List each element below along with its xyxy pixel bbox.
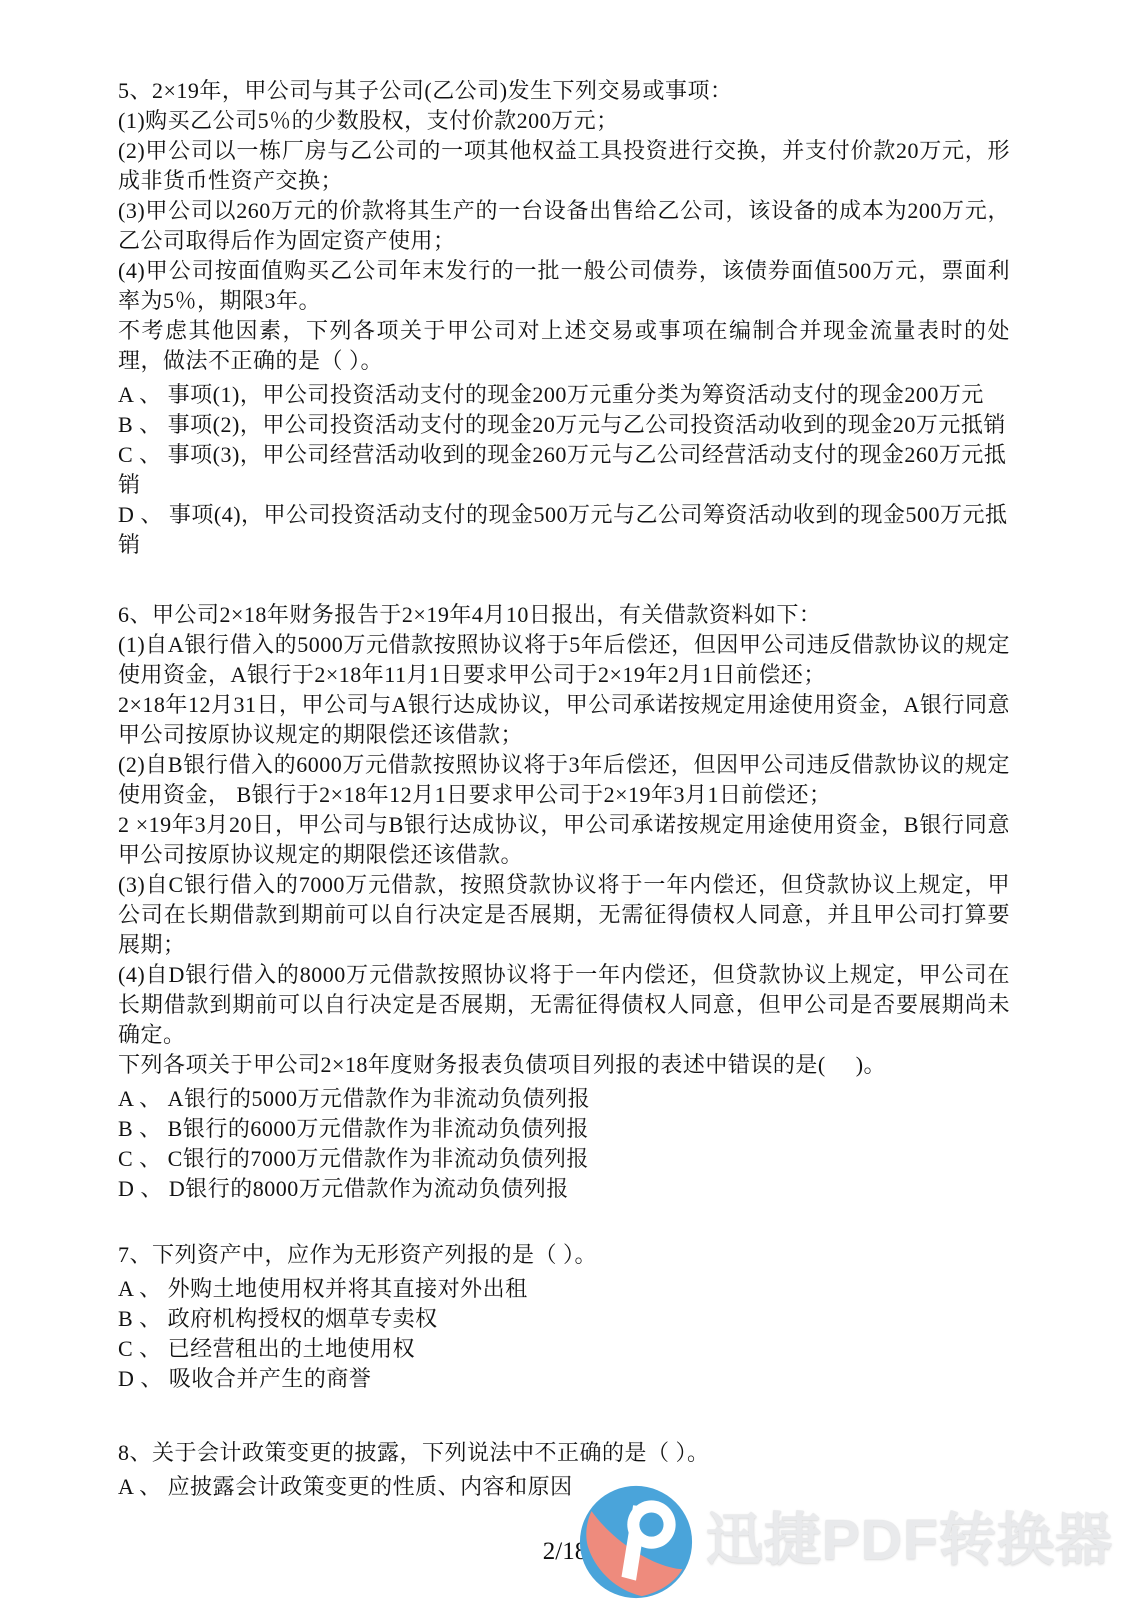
- question-5-stem: 5、2×19年，甲公司与其子公司(乙公司)发生下列交易或事项：: [118, 76, 1010, 106]
- page-footer: 2/18: [0, 1538, 1130, 1566]
- question-7-stem: 7、下列资产中，应作为无形资产列报的是（ ）。: [118, 1240, 1010, 1270]
- question-6-item-4: (4)自D银行借入的8000万元借款按照协议将于一年内偿还，但贷款协议上规定，甲…: [118, 960, 1010, 1050]
- question-7-options: A 、 外购土地使用权并将其直接对外出租 B 、 政府机构授权的烟草专卖权 C …: [118, 1274, 1010, 1394]
- question-block-6: 6、甲公司2×18年财务报告于2×19年4月10日报出，有关借款资料如下： (1…: [118, 600, 1010, 1204]
- question-6-item-1-followup: 2×18年12月31日，甲公司与A银行达成协议，甲公司承诺按规定用途使用资金，A…: [118, 690, 1010, 750]
- question-5-options: A 、 事项(1)，甲公司投资活动支付的现金200万元重分类为筹资活动支付的现金…: [118, 380, 1010, 560]
- question-5-item-3: (3)甲公司以260万元的价款将其生产的一台设备出售给乙公司，该设备的成本为20…: [118, 196, 1010, 256]
- question-7-option-b: B 、 政府机构授权的烟草专卖权: [118, 1304, 1010, 1334]
- document-page: 5、2×19年，甲公司与其子公司(乙公司)发生下列交易或事项： (1)购买乙公司…: [0, 0, 1130, 1600]
- question-block-8: 8、关于会计政策变更的披露，下列说法中不正确的是（ ）。 A 、 应披露会计政策…: [118, 1438, 1010, 1502]
- question-7-option-c: C 、 已经营租出的土地使用权: [118, 1334, 1010, 1364]
- question-6-item-2-followup: 2 ×19年3月20日，甲公司与B银行达成协议，甲公司承诺按规定用途使用资金，B…: [118, 810, 1010, 870]
- question-8-stem: 8、关于会计政策变更的披露，下列说法中不正确的是（ ）。: [118, 1438, 1010, 1468]
- question-6-options: A 、 A银行的5000万元借款作为非流动负债列报 B 、 B银行的6000万元…: [118, 1084, 1010, 1204]
- question-8-option-a: A 、 应披露会计政策变更的性质、内容和原因: [118, 1472, 1010, 1502]
- page-content: 5、2×19年，甲公司与其子公司(乙公司)发生下列交易或事项： (1)购买乙公司…: [118, 76, 1010, 1502]
- question-6-option-c: C 、 C银行的7000万元借款作为非流动负债列报: [118, 1144, 1010, 1174]
- question-6-option-a: A 、 A银行的5000万元借款作为非流动负债列报: [118, 1084, 1010, 1114]
- question-5-item-1: (1)购买乙公司5％的少数股权，支付价款200万元；: [118, 106, 1010, 136]
- question-6-item-3: (3)自C银行借入的7000万元借款，按照贷款协议将于一年内偿还，但贷款协议上规…: [118, 870, 1010, 960]
- question-6-option-d: D 、 D银行的8000万元借款作为流动负债列报: [118, 1174, 1010, 1204]
- question-7-option-a: A 、 外购土地使用权并将其直接对外出租: [118, 1274, 1010, 1304]
- question-5-option-d: D 、 事项(4)，甲公司投资活动支付的现金500万元与乙公司筹资活动收到的现金…: [118, 500, 1010, 560]
- question-5-option-a: A 、 事项(1)，甲公司投资活动支付的现金200万元重分类为筹资活动支付的现金…: [118, 380, 1010, 410]
- question-6-item-2: (2)自B银行借入的6000万元借款按照协议将于3年后偿还，但因甲公司违反借款协…: [118, 750, 1010, 810]
- question-block-5: 5、2×19年，甲公司与其子公司(乙公司)发生下列交易或事项： (1)购买乙公司…: [118, 76, 1010, 560]
- question-6-option-b: B 、 B银行的6000万元借款作为非流动负债列报: [118, 1114, 1010, 1144]
- question-5-option-b: B 、 事项(2)，甲公司投资活动支付的现金20万元与乙公司投资活动收到的现金2…: [118, 410, 1010, 440]
- question-5-prompt: 不考虑其他因素，下列各项关于甲公司对上述交易或事项在编制合并现金流量表时的处理，…: [118, 316, 1010, 376]
- question-6-item-1: (1)自A银行借入的5000万元借款按照协议将于5年后偿还，但因甲公司违反借款协…: [118, 630, 1010, 690]
- question-6-prompt: 下列各项关于甲公司2×18年度财务报表负债项目列报的表述中错误的是( )。: [118, 1050, 1010, 1080]
- question-5-option-c: C 、 事项(3)，甲公司经营活动收到的现金260万元与乙公司经营活动支付的现金…: [118, 440, 1010, 500]
- question-8-options: A 、 应披露会计政策变更的性质、内容和原因: [118, 1472, 1010, 1502]
- question-5-item-4: (4)甲公司按面值购买乙公司年末发行的一批一般公司债券，该债券面值500万元，票…: [118, 256, 1010, 316]
- question-7-option-d: D 、 吸收合并产生的商誉: [118, 1364, 1010, 1394]
- question-block-7: 7、下列资产中，应作为无形资产列报的是（ ）。 A 、 外购土地使用权并将其直接…: [118, 1240, 1010, 1394]
- page-number: 2/18: [543, 1538, 587, 1565]
- question-6-stem: 6、甲公司2×18年财务报告于2×19年4月10日报出，有关借款资料如下：: [118, 600, 1010, 630]
- question-5-item-2: (2)甲公司以一栋厂房与乙公司的一项其他权益工具投资进行交换，并支付价款20万元…: [118, 136, 1010, 196]
